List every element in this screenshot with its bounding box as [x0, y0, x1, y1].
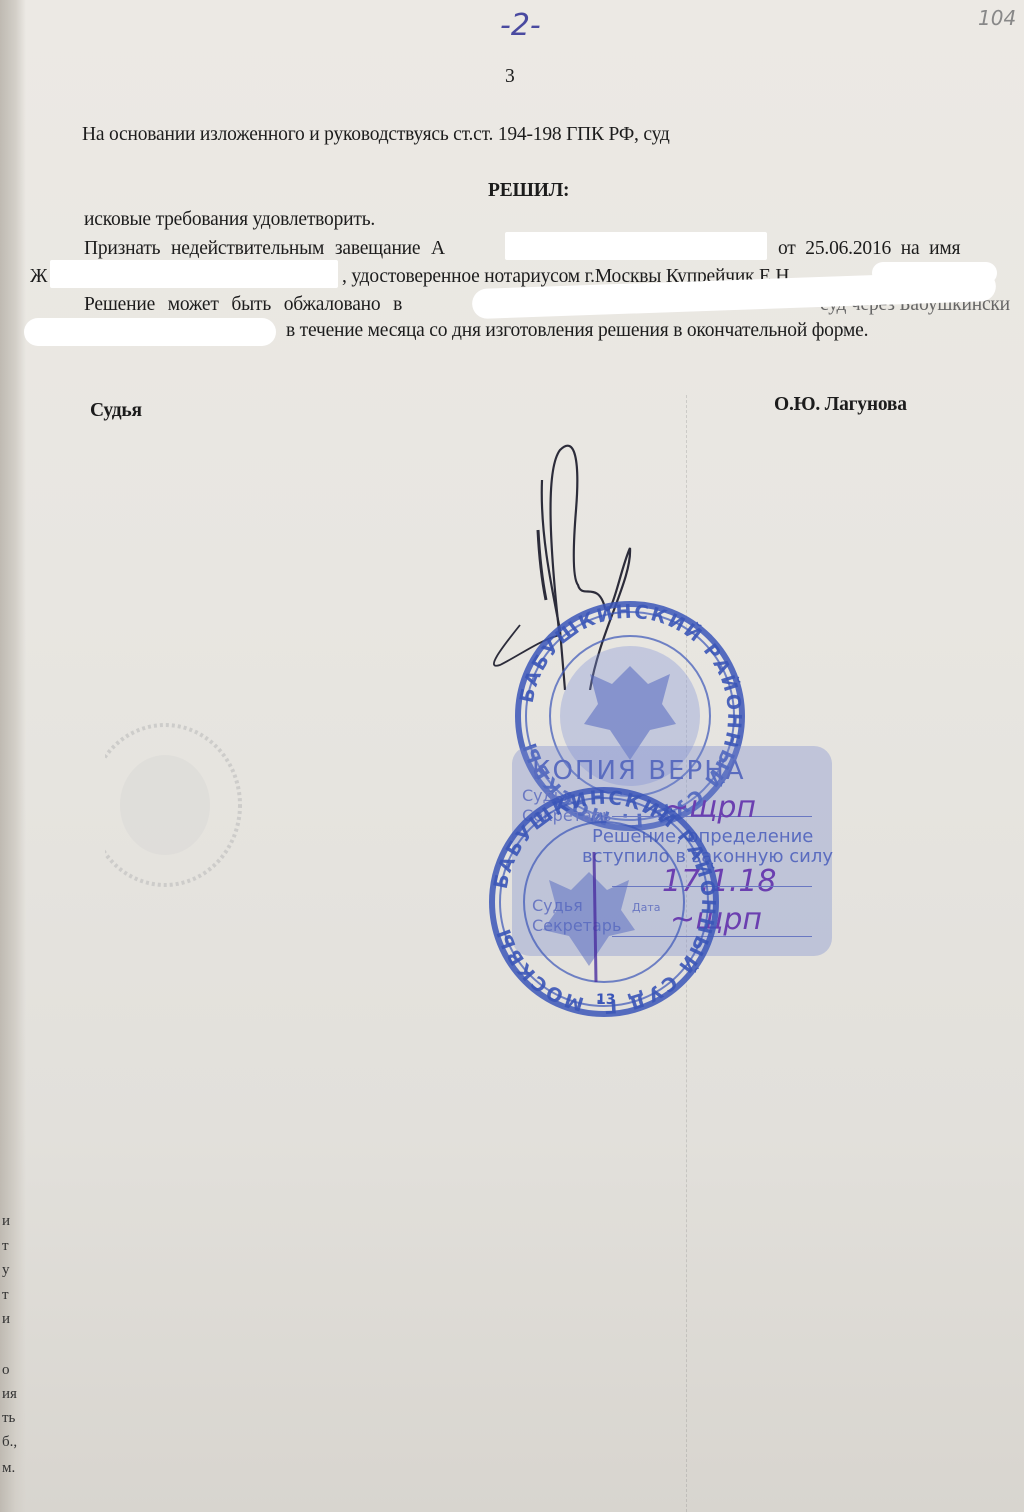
margin-letter: ия	[2, 1386, 17, 1403]
paragraph-deadline: в течение месяца со дня изготовления реш…	[286, 320, 868, 342]
handwritten-sheet-number: 104	[978, 6, 1016, 30]
paragraph-claims: исковые требования удовлетворить.	[84, 209, 375, 231]
margin-letter: б.,	[2, 1434, 17, 1451]
court-seal-lower: БАБУШКИНСКИЙ РАЙОННЫЙ СУД Г. МОСКВЫ 13	[484, 782, 724, 1022]
faint-seal-imprint	[105, 715, 255, 895]
margin-letter: м.	[2, 1460, 15, 1477]
margin-letter: и	[2, 1311, 10, 1328]
margin-letter: т	[2, 1238, 9, 1255]
margin-letter: и	[2, 1213, 10, 1230]
judge-role: Судья	[90, 400, 142, 422]
paragraph-appeal-start: Решение может быть обжаловано в	[84, 294, 402, 316]
redacted-beneficiary-name	[50, 260, 338, 288]
redacted-testator-name	[505, 232, 767, 260]
intro-line: На основании изложенного и руководствуяс…	[82, 124, 670, 146]
handwritten-top-mark: -2-	[500, 8, 541, 43]
redacted-district-court	[24, 318, 276, 346]
paragraph-beneficiary-initial: Ж	[30, 266, 47, 288]
page-number: 3	[505, 66, 515, 88]
margin-letter: ть	[2, 1410, 15, 1427]
svg-text:13: 13	[596, 992, 615, 1008]
margin-letter: о	[2, 1362, 10, 1379]
margin-letter: у	[2, 1262, 10, 1279]
judge-name: О.Ю. Лагунова	[774, 394, 907, 416]
paragraph-will-date: от 25.06.2016 на имя	[778, 238, 960, 260]
paragraph-will-start: Признать недействительным завещание А	[84, 238, 445, 260]
page-edge-shadow	[0, 0, 26, 1512]
margin-letter: т	[2, 1287, 9, 1304]
decision-heading: РЕШИЛ:	[488, 180, 569, 202]
